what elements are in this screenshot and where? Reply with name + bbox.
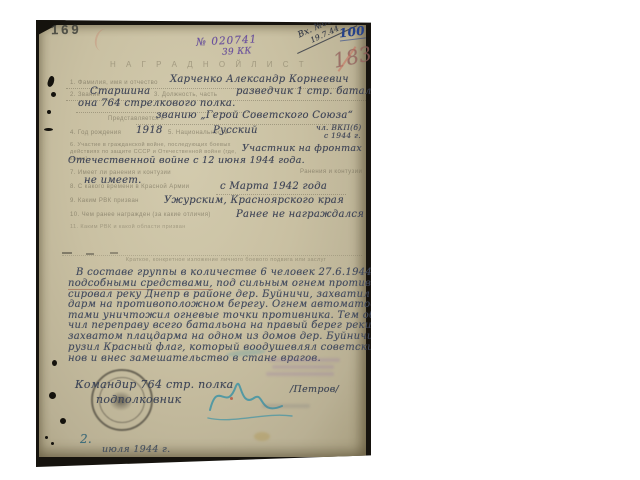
citation-line: захватом плацдарма на одном из домов дер… <box>68 331 400 342</box>
faded-stamp-mark <box>266 372 334 376</box>
citation-line: чил переправу всего батальона на правый … <box>68 320 425 331</box>
citation-line: дарм на противоположном берегу. Огнем ав… <box>68 299 425 310</box>
field11-value: Ранее не награждался <box>236 209 364 220</box>
field10-value: Ужурским, Красноярского края <box>164 195 344 206</box>
ink-blot <box>49 392 56 399</box>
footer-day: 2. <box>80 432 92 446</box>
ink-blot <box>51 442 54 445</box>
field9-label: 8. С какого времени в Красной Армии <box>70 184 189 190</box>
ink-blot <box>47 110 51 114</box>
citation-line: В составе группы в количестве 6 человек … <box>76 267 463 278</box>
field6-value: Русский <box>213 125 258 136</box>
field8-label-right: Ранения и контузии <box>300 169 362 175</box>
separator-line <box>62 254 362 256</box>
red-speck <box>230 397 233 400</box>
slide-background: 169 № 020741 39 КК Вх. №0822 19.7.44 100… <box>0 0 640 480</box>
blue-page-number: 100 <box>338 23 366 41</box>
field5-label: 4. Год рождения <box>70 130 121 136</box>
field4-value: званию „Герой Советского Союза“ <box>156 110 353 121</box>
field9-value: с Марта 1942 года <box>220 181 327 192</box>
citation-line: подсобными средствами, под сильным огнем… <box>68 278 429 289</box>
doc-number-unit: 39 КК <box>222 46 252 58</box>
citation-section-header: Краткое, конкретное изложение личного бо… <box>96 257 356 263</box>
ink-blot <box>52 360 57 366</box>
ink-blot <box>51 92 56 97</box>
yellow-stain <box>254 432 270 441</box>
ink-blot <box>44 128 53 131</box>
field12-label: 11. Каким РВК и какой области призван <box>70 224 270 231</box>
citation-line2-rest: под сильным огнем противника- фор- <box>213 278 430 289</box>
field1-value: Харченко Александр Корнеевич <box>170 74 349 85</box>
field11-label: 10. Чем ранее награжден (за какие отличи… <box>70 212 211 218</box>
footer-date: июля 1944 г. <box>102 444 170 455</box>
commander-name: /Петров/ <box>290 384 339 395</box>
party-membership-line2: с 1944 г. <box>324 131 361 140</box>
ink-blot <box>45 436 48 439</box>
form-title: Н А Г Р А Д Н О Й Л И С Т <box>110 60 308 69</box>
field5-value: 1918 <box>136 125 163 136</box>
field2-value: Старшина <box>90 86 150 97</box>
ink-blot <box>60 418 66 424</box>
page-number-stamp: 169 <box>51 22 82 38</box>
field10-label: 9. Каким РВК призван <box>70 198 139 204</box>
field3-value: разведчик 1 стр. баталь- <box>236 86 381 97</box>
faded-stamp-mark <box>272 365 334 369</box>
faded-stamp-mark <box>268 358 340 362</box>
signature-ink <box>204 370 296 426</box>
commander-title-line2: подполковник <box>96 393 181 406</box>
faded-stamp-mark <box>262 404 310 408</box>
scanned-award-document: 169 № 020741 39 КК Вх. №0822 19.7.44 100… <box>36 20 371 467</box>
field7-value2: Отечественной войне с 12 июня 1944 года. <box>68 155 305 166</box>
field7-value1: Участник на фронтах <box>242 143 362 154</box>
field3-value-cont: она 764 стрелкового полка. <box>78 98 236 109</box>
